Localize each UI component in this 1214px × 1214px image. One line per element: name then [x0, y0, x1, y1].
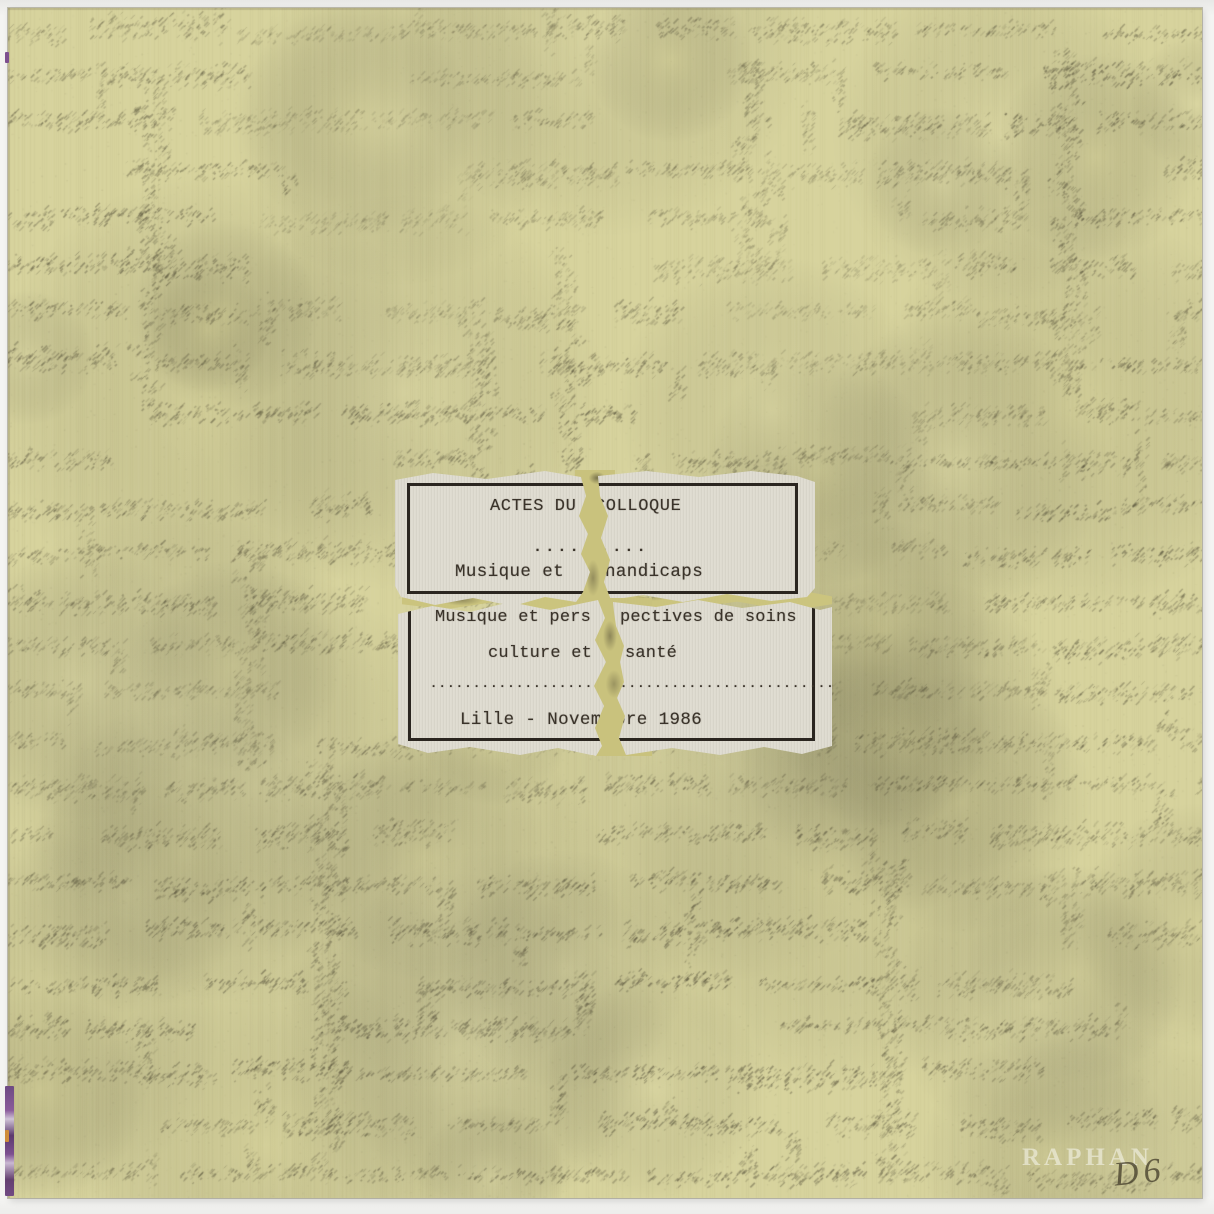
top-label: ACTES DU ..... Musique et COLLOQUE .... … [395, 470, 815, 608]
label-footer-text: Lille - Novem [460, 710, 602, 730]
label-line1-text: pectives de soins [620, 608, 797, 628]
pencil-annotation: D6 [1112, 1151, 1167, 1194]
purple-edge-dot [5, 52, 9, 63]
scanned-cover: ACTES DU ..... Musique et COLLOQUE .... … [0, 0, 1214, 1214]
label-footer-text: bre 1986 [615, 710, 702, 730]
bottom-label: Musique et pers culture et .............… [398, 598, 832, 756]
label-line2-text: culture et [488, 644, 592, 664]
label-line2-text: santé [625, 644, 677, 664]
label-title-text: COLLOQUE [595, 497, 681, 517]
label-subtitle-text: Musique et [455, 562, 564, 582]
label-title-text: ACTES DU [490, 497, 576, 517]
orange-sliver-mark [5, 1130, 9, 1142]
label-line1-text: Musique et pers [435, 608, 591, 628]
label-dots: ......................... [620, 678, 835, 692]
label-subtitle-text: handicaps [605, 562, 703, 582]
